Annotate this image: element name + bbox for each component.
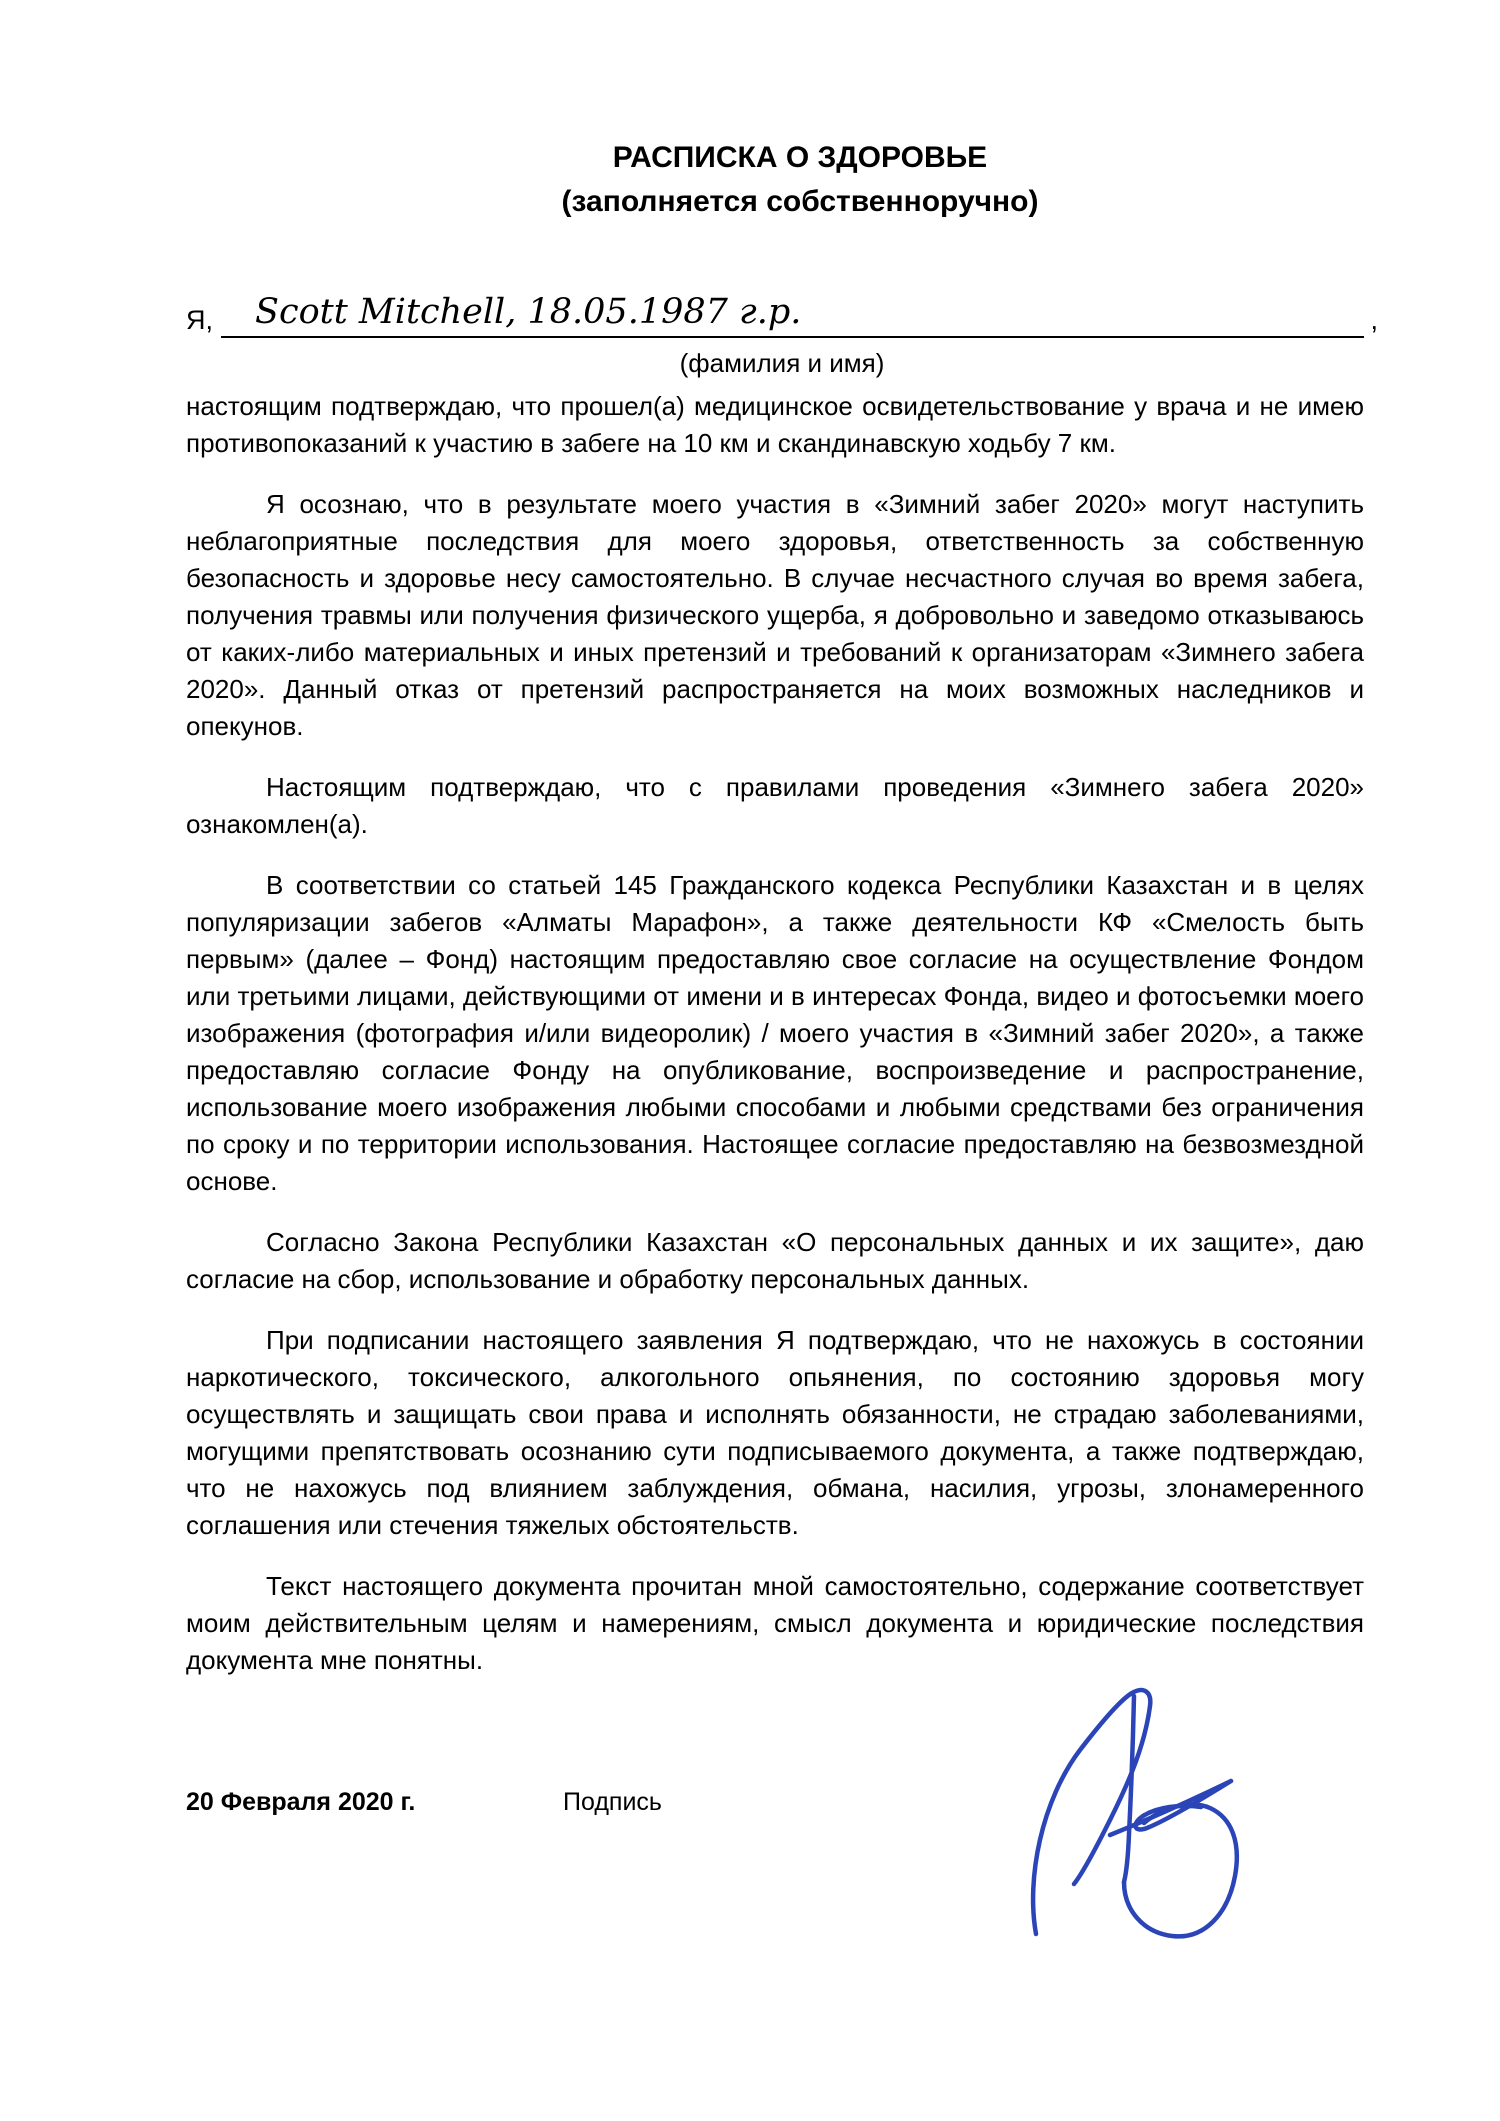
name-row: Я, Scott Mitchell, 18.05.1987 г.р. , — [186, 288, 1378, 338]
body-text: настоящим подтверждаю, что прошел(а) мед… — [186, 388, 1364, 1703]
document-title: РАСПИСКА О ЗДОРОВЬЕ (заполняется собстве… — [190, 136, 1410, 224]
name-field[interactable]: Scott Mitchell, 18.05.1987 г.р. — [221, 288, 1364, 338]
paragraph-risk-waiver: Я осознаю, что в результате моего участи… — [186, 486, 1364, 745]
paragraph-medical-confirmation: настоящим подтверждаю, что прошел(а) мед… — [186, 388, 1364, 462]
paragraph-read-and-understood: Текст настоящего документа прочитан мной… — [186, 1568, 1364, 1679]
date-label: 20 Февраля 2020 г. — [186, 1788, 415, 1817]
paragraph-media-consent: В соответствии со статьей 145 Гражданско… — [186, 867, 1364, 1200]
paragraph-sound-mind-statement: При подписании настоящего заявления Я по… — [186, 1322, 1364, 1544]
paragraph-personal-data-consent: Согласно Закона Республики Казахстан «О … — [186, 1224, 1364, 1298]
name-prefix-label: Я, — [186, 305, 213, 338]
name-suffix-comma: , — [1364, 305, 1378, 338]
paragraph-rules-acknowledgement: Настоящим подтверждаю, что с правилами п… — [186, 769, 1364, 843]
signature-scribble — [1012, 1682, 1262, 1952]
name-caption: (фамилия и имя) — [186, 348, 1378, 379]
document-title-line2: (заполняется собственноручно) — [190, 180, 1410, 224]
signature-label: Подпись — [563, 1788, 662, 1817]
document-title-line1: РАСПИСКА О ЗДОРОВЬЕ — [190, 136, 1410, 180]
health-waiver-document: РАСПИСКА О ЗДОРОВЬЕ (заполняется собстве… — [0, 0, 1500, 2121]
